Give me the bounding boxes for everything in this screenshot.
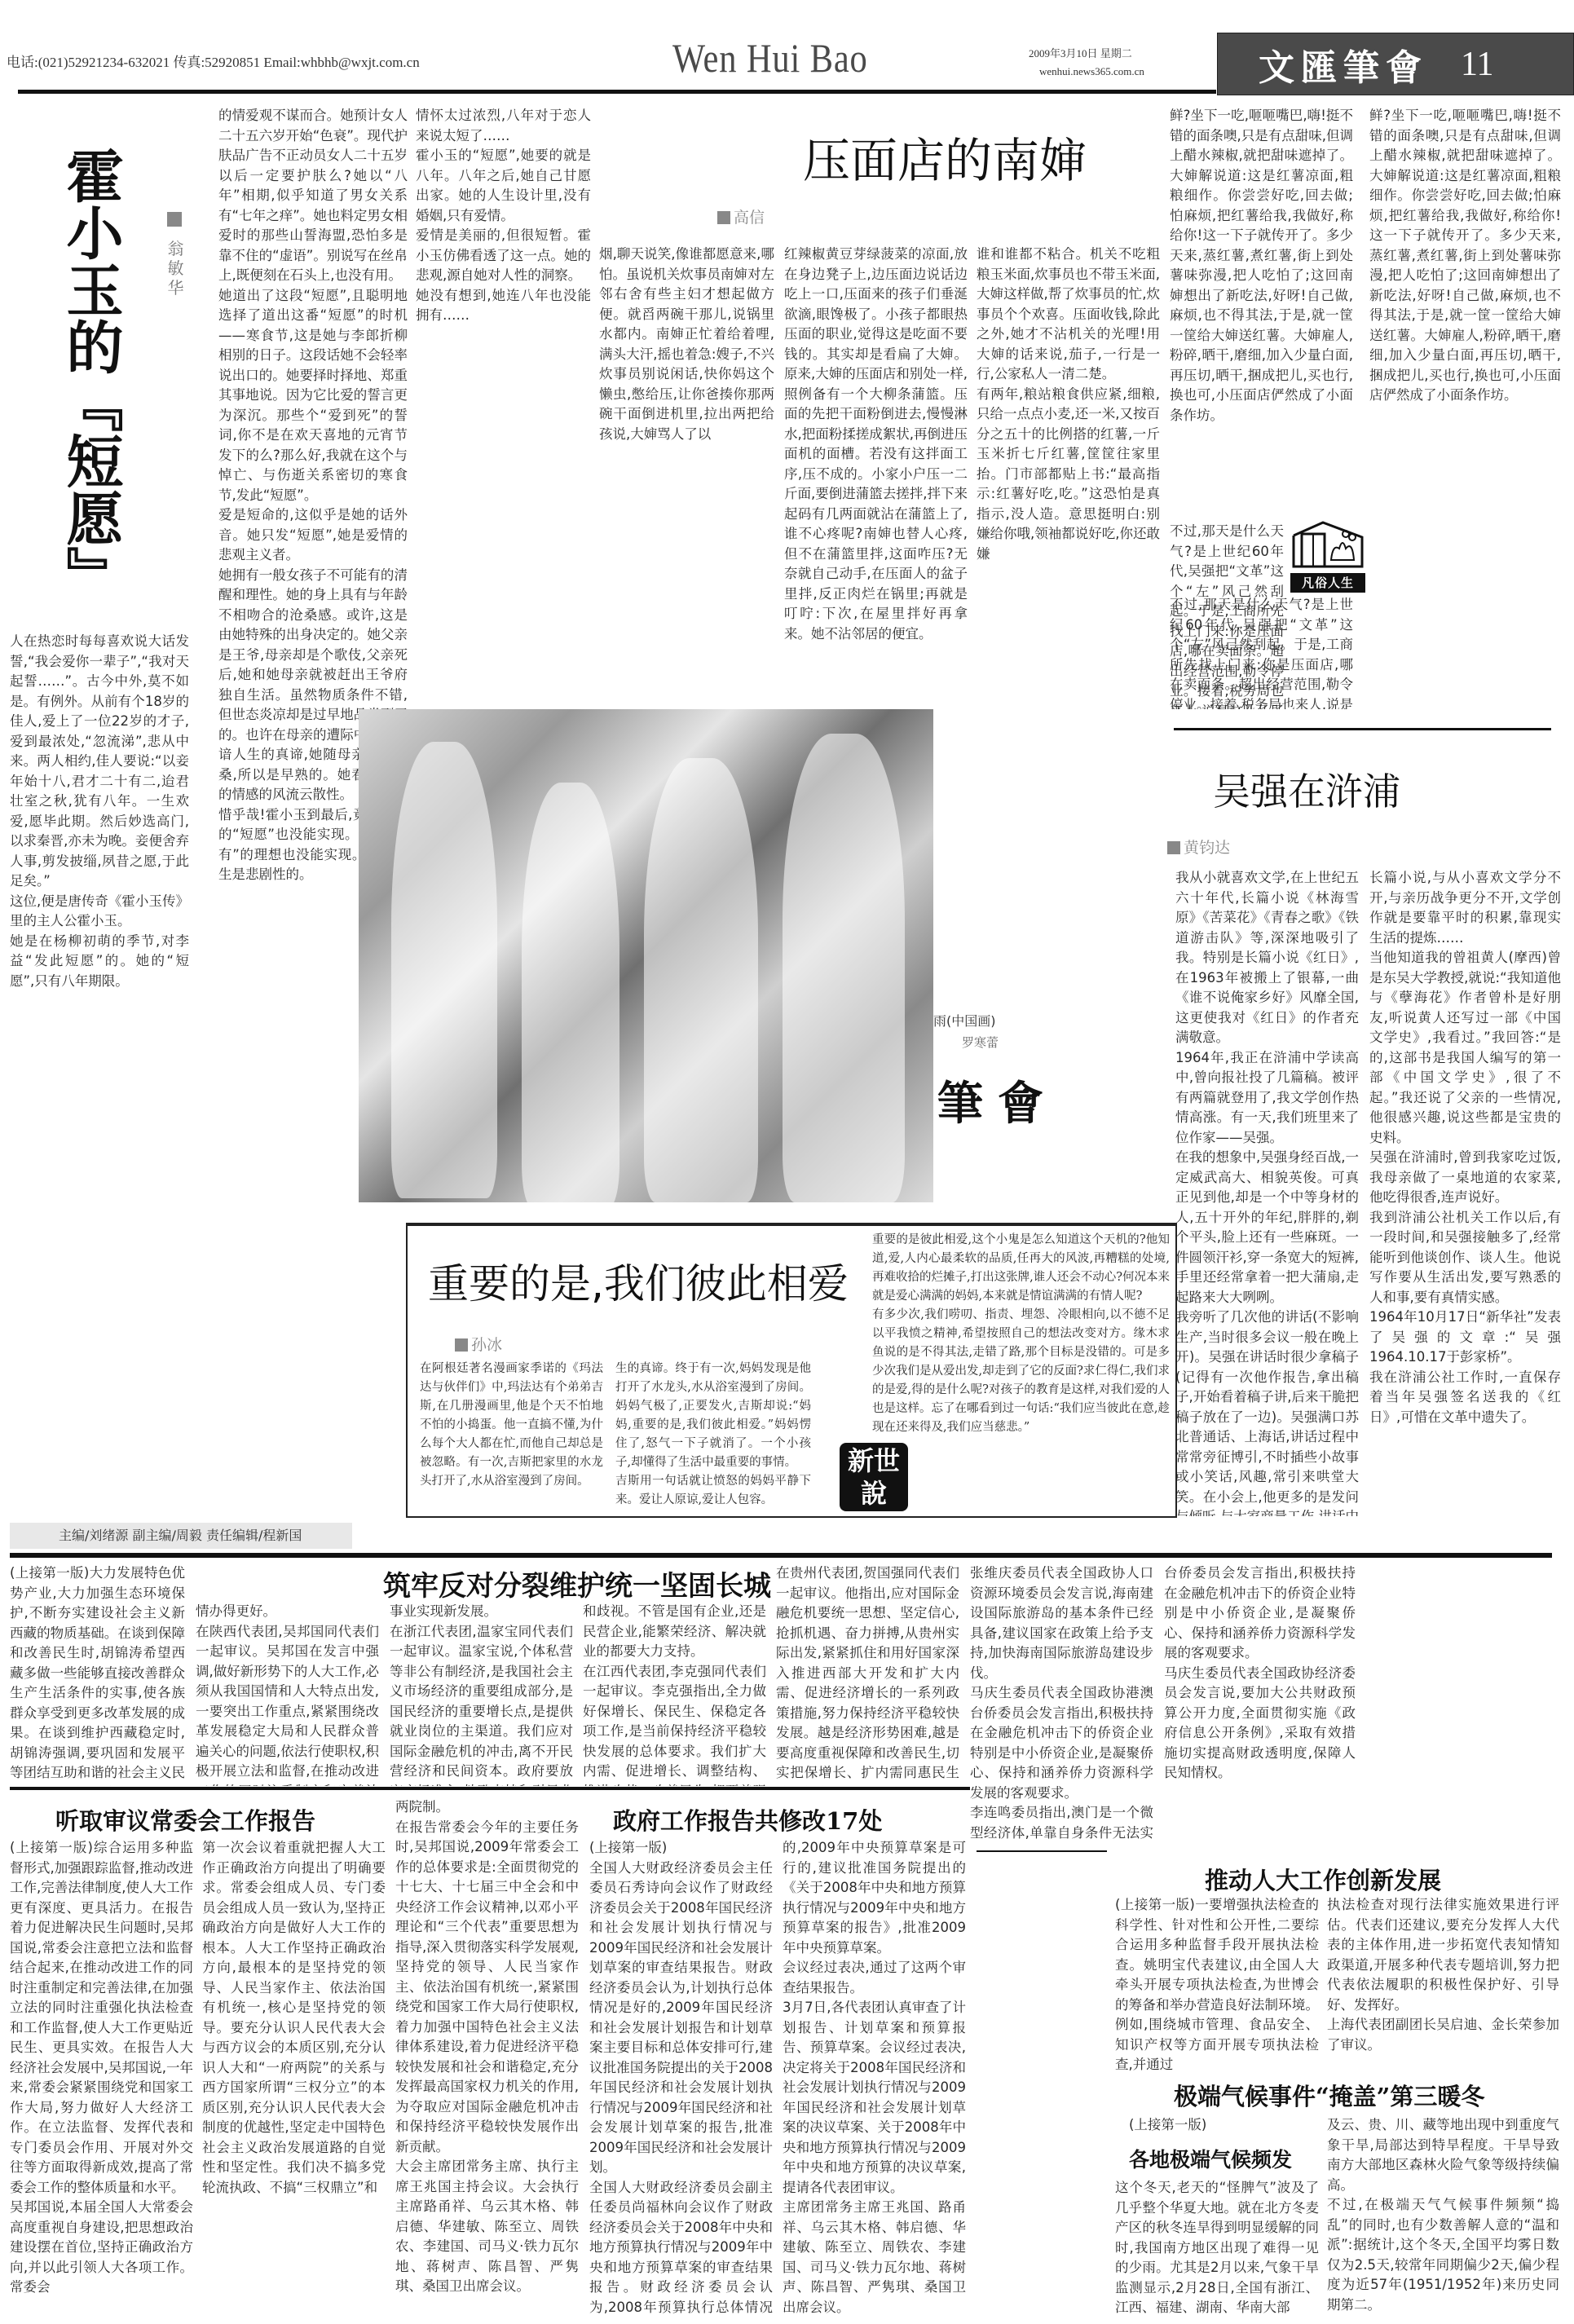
article-love-author: 孙冰 [471, 1336, 502, 1354]
house-icon-label: 凡俗人生 [1290, 573, 1365, 593]
masthead-contact: 电话:(021)52921234-632021 传真:52920851 Emai… [7, 51, 420, 71]
byline-square-icon [167, 212, 182, 227]
news-gov-headline: 政府工作报告共修改17处 [613, 1803, 882, 1837]
article-wu-rule [1174, 728, 1551, 730]
article-noodle-col1: 烟,聊天说笑,像谁都愿意来,哪怕。虽说机关炊事员南婶对左邻右舍有些主妇才想起做方… [599, 245, 774, 705]
article-noodle-author: 高信 [734, 209, 765, 227]
news-tibet-headline: 筑牢反对分裂维护统一坚固长城 [383, 1563, 771, 1603]
article-wu-title: 吴强在浒浦 [1213, 762, 1400, 816]
news-climate-prefix: (上接第一版) [1129, 2115, 1316, 2136]
painting-artist: 罗寒蕾 [962, 1034, 999, 1051]
news-tibet-col2: 情办得更好。 在陕西代表团,吴邦国同代表们一起审议。吴邦国在发言中强调,做好新形… [196, 1602, 379, 1786]
section-name: 文匯筆會 [1259, 38, 1428, 90]
news-npc-col1: (上接第一版)综合运用多种监督形式,加强跟踪监督,推动改进工作,完善法律制度,使… [10, 1838, 193, 2319]
news-cppcc-col2: 台侨委员会发言指出,积极扶持在金融危机冲击下的侨资企业特别是中小侨资企业,是凝聚… [1164, 1563, 1356, 1845]
article-wu-col2: 长篇小说,与从小喜欢文学分不开,与亲历战争更分不开,文学创作就是要靠平时的积累,… [1369, 868, 1561, 1516]
article-huo-col0: 人在热恋时每每喜欢说大话发誓,“我会爱你一辈子”,“我对天起誓……”。古今中外,… [10, 632, 189, 1516]
house-icon: 凡俗人生 [1290, 519, 1365, 590]
article-love-col3: 重要的是彼此相爱,这个小鬼是怎么知道这个天机的?他知道,爱,人内心最柔软的品质,… [872, 1231, 1170, 1512]
article-love-col2: 生的真谛。终于有一次,妈妈发现是他打开了水龙头,水从浴室漫到了房间。妈妈气极了,… [615, 1360, 811, 1510]
article-huo-col2: 情怀太过浓烈,八年对于恋人来说太短了…… 霍小玉的“短愿”,她要的就是八年。八年… [416, 106, 591, 705]
news-tibet-col5: 在贵州代表团,贺国强同代表们一起审议。他指出,应对国际金融危机要统一思想、坚定信… [776, 1563, 959, 1786]
article-noodle-col4: 鲜?坐下一吃,咂咂嘴巴,嗨!挺不错的面条噢,只是有点甜味,但调上醋水辣椒,就把甜… [1170, 106, 1353, 514]
byline-square-icon [717, 211, 730, 224]
news-npc-headline: 听取审议常委会工作报告 [55, 1803, 315, 1837]
article-wu-author: 黄钧达 [1184, 839, 1230, 857]
masthead-url[interactable]: wenhui.news365.com.cn [1039, 65, 1144, 78]
article-noodle-col3: 谁和谁都不粘合。机关不吃粗粮玉米面,炊事员也不带玉米面,大婶这样做,帮了炊事员的… [977, 245, 1160, 705]
masthead-title: Wen Hui Bao [672, 34, 868, 82]
news-npc-col2: 第一次会议着重就把握人大工作正确政治方向提出了明确要求。常委会组成人员、专门委员… [202, 1838, 386, 2319]
section-banner: 文匯筆會 11 [1217, 33, 1574, 95]
article-huo-byline: 翁敏华 [163, 212, 187, 298]
article-wu-col1: 我从小就喜欢文学,在上世纪五六十年代,长篇小说《林海雪原》《苦菜花》《青春之歌》… [1175, 868, 1359, 1516]
news-rule [10, 1787, 970, 1790]
masthead-date: 2009年3月10日 星期二 [1029, 45, 1132, 60]
article-noodle-col4b: 鲜?坐下一吃,咂咂嘴巴,嗨!挺不错的面条噢,只是有点甜味,但调上醋水辣椒,就把甜… [1369, 106, 1561, 709]
article-noodle-col2: 红辣椒黄豆芽绿菠菜的凉面,放在身边凳子上,边压面边说话边吃上一口,压面来的孩子们… [784, 245, 968, 705]
article-love-title: 重要的是,我们彼此相爱 [428, 1251, 849, 1310]
byline-square-icon [455, 1338, 468, 1352]
article-noodle-byline: 高信 [717, 205, 765, 227]
article-noodle-col5: 不过,那天是什么天气?是上世纪60年代,吴强把“文革”这个“左”风己然刮起。于是… [1170, 595, 1353, 709]
news-innovation-col1: (上接第一版)一要增强执法检查的科学性、针对性和公开性,二要综合运用多种监督手段… [1115, 1895, 1319, 2070]
news-innovation-col2: 执法检查对现行法律实施效果进行评估。代表们还建议,要充分发挥人大代表的主体作用,… [1327, 1895, 1559, 2070]
masthead-rule [18, 90, 1216, 94]
news-gov-col2: 的,2009年中央预算草案是可行的,建议批准国务院提出的《关于2008年中央和地… [783, 1838, 966, 2319]
news-innovation-headline: 推动人大工作创新发展 [1205, 1863, 1441, 1896]
editor-credits: 主编/刘绪源 副主编/周毅 责任编辑/程新国 [10, 1523, 352, 1549]
news-cppcc-col1: 张维庆委员代表全国政协人口资源环境委员会发言说,海南建设国际旅游岛的基本条件已经… [970, 1563, 1153, 1845]
article-huo-author: 翁敏华 [165, 240, 184, 298]
byline-square-icon [1167, 841, 1180, 854]
painting-image [359, 709, 933, 1202]
news-tibet-col3: 事业实现新发展。 在浙江代表团,温家宝同代表们一起审议。温家宝说,个体私营等非公… [390, 1602, 573, 1786]
news-tibet-col4: 和歧视。不管是国有企业,还是民营企业,能繁荣经济、解决就业的都要大力支持。 在江… [583, 1602, 766, 1786]
news-climate-col2: 及云、贵、川、藏等地出现中到重度气象干旱,局部达到特旱程度。干旱导致南方大部地区… [1327, 2115, 1559, 2321]
news-climate-headline: 极端气候事件“掩盖”第三暖冬 [1174, 2079, 1484, 2112]
article-wu-byline: 黄钧达 [1167, 836, 1230, 858]
news-climate-col1: 这个冬天,老天的“怪脾气”波及了几乎整个华夏大地。就在北方冬麦产区的秋冬连旱得到… [1115, 2178, 1319, 2321]
article-love-byline: 孙冰 [455, 1333, 502, 1355]
news-gov-col1: (上接第一版) 全国人大财政经济委员会主任委员石秀诗向会议作了财政经济委员会关于… [589, 1838, 773, 2319]
article-noodle-title: 压面店的南婶 [803, 122, 1087, 191]
lower-section-rule [10, 1553, 1552, 1558]
news-tibet-col1: (上接第一版)大力发展特色优势产业,大力加强生态环境保护,不断夯实建设社会主义新… [10, 1563, 185, 1786]
article-huo-title: 霍小玉的『短愿』 [57, 147, 122, 603]
section-calligraphy: 筆會 [937, 1068, 1058, 1133]
news-npc-col3: 两院制。 在报告常委会今年的主要任务时,吴邦国说,2009年常委会工作的总体要求… [395, 1797, 579, 2319]
painting-caption: 雨(中国画) [933, 1011, 996, 1030]
news-right-rule [977, 1850, 1107, 1852]
page-number: 11 [1461, 45, 1493, 84]
article-love-col1: 在阿根廷著名漫画家季诺的《玛法达与伙伴们》中,玛法达有个弟弟吉斯,在几册漫画里,… [420, 1360, 603, 1510]
seal-stamp-icon: 新世說 [840, 1443, 908, 1511]
news-climate-subhead: 各地极端气候频发 [1129, 2144, 1292, 2173]
